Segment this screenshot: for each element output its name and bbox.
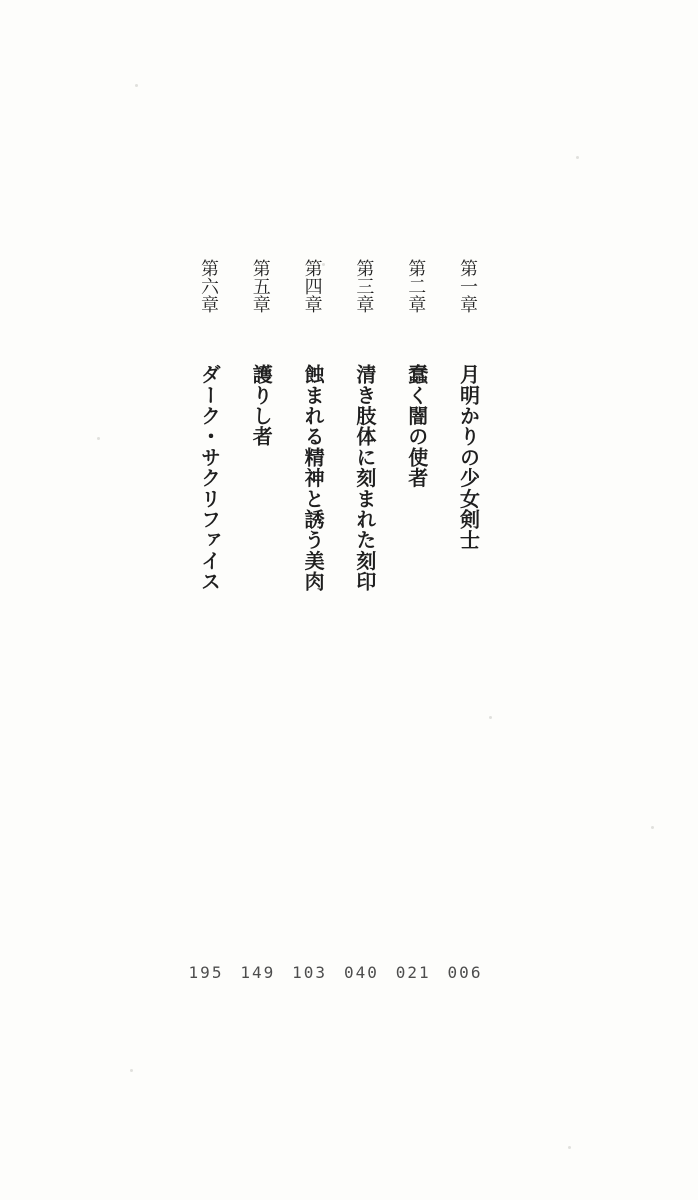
- chapter-page-number: 103: [286, 963, 334, 982]
- chapter-column: 第三章 清き肢体に刻まれた刻印: [349, 259, 379, 939]
- chapter-title: 蝕まれる精神と誘う美肉: [298, 364, 327, 592]
- chapter-title: 護りし者: [246, 364, 275, 447]
- paper-speck: [130, 1069, 133, 1072]
- toc-page: 第一章 月明かりの少女剣士 第二章 蠢く闇の使者 第三章 清き肢体に刻まれた刻印…: [0, 0, 698, 1200]
- paper-speck: [322, 263, 325, 266]
- chapter-page-number: 006: [441, 963, 489, 982]
- chapter-label: 第五章: [248, 259, 274, 313]
- paper-speck: [97, 437, 100, 440]
- chapter-title: 蠢く闇の使者: [402, 364, 431, 488]
- chapter-column: 第二章 蠢く闇の使者: [401, 259, 431, 939]
- chapter-title: 清き肢体に刻まれた刻印: [350, 364, 379, 592]
- chapter-page-number: 040: [337, 963, 385, 982]
- paper-speck: [135, 84, 138, 87]
- chapter-title: ダーク・サクリファイス: [195, 364, 224, 592]
- chapter-label: 第六章: [196, 259, 222, 313]
- chapter-column: 第五章 護りし者: [246, 259, 276, 939]
- paper-speck: [651, 826, 654, 829]
- chapter-page-number: 021: [389, 963, 437, 982]
- paper-speck: [568, 1146, 571, 1149]
- chapter-label: 第二章: [403, 259, 429, 313]
- paper-speck: [489, 716, 492, 719]
- chapter-page-number: 149: [234, 963, 282, 982]
- chapter-label: 第四章: [300, 259, 326, 313]
- chapter-column: 第四章 蝕まれる精神と誘う美肉: [298, 259, 328, 939]
- chapter-title: 月明かりの少女剣士: [454, 364, 483, 550]
- chapter-label: 第一章: [455, 259, 481, 313]
- chapter-column: 第一章 月明かりの少女剣士: [453, 259, 483, 939]
- chapter-label: 第三章: [351, 259, 377, 313]
- chapter-page-number: 195: [182, 963, 230, 982]
- chapter-column: 第六章 ダーク・サクリファイス: [194, 259, 224, 939]
- paper-speck: [576, 156, 579, 159]
